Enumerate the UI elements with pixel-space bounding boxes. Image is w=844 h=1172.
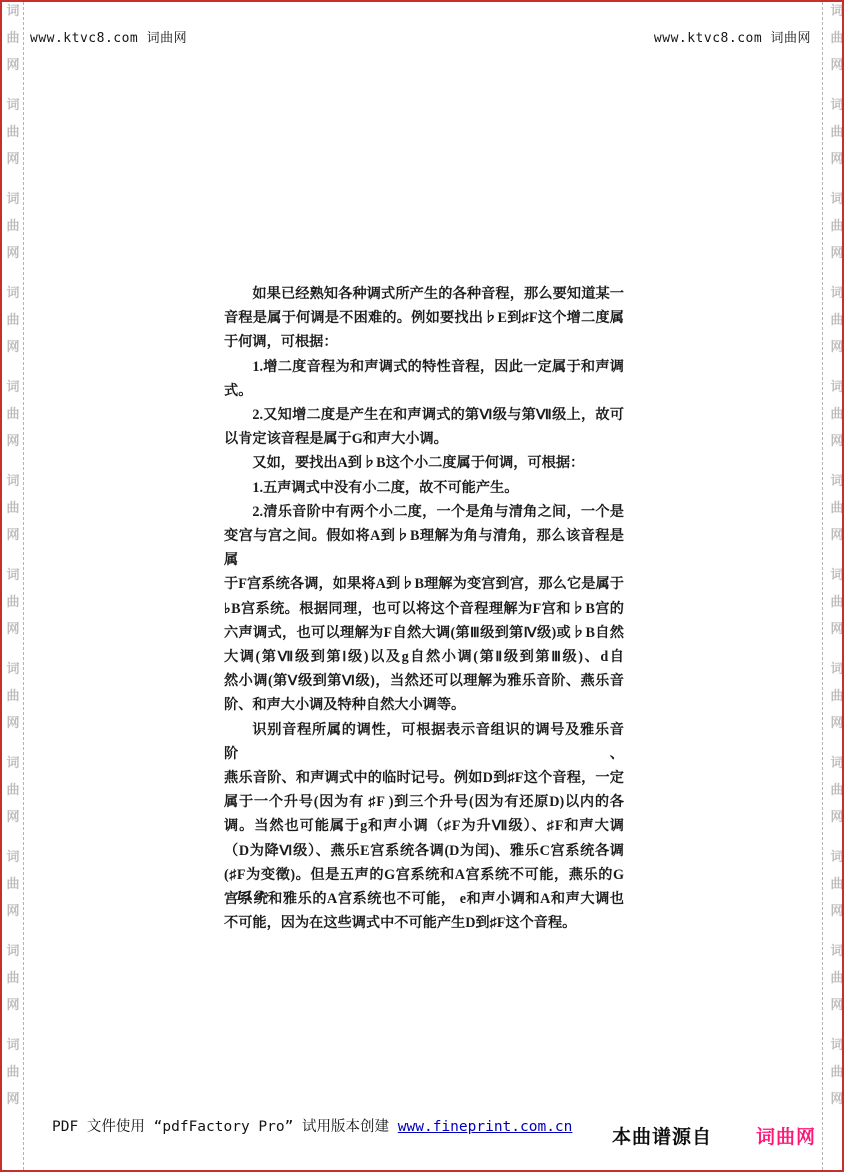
left-watermark-column: 词曲网词曲网词曲网词曲网词曲网词曲网词曲网词曲网词曲网词曲网词曲网词曲网: [5, 4, 21, 1132]
watermark-char: 词: [6, 98, 19, 112]
watermark-char: 曲: [830, 689, 843, 703]
text-line: 音程是属于何调是不困难的。例如要找出♭E到♯F这个增二度属: [224, 306, 624, 330]
watermark-char: 网: [6, 810, 19, 824]
watermark-char: 曲: [830, 125, 843, 139]
watermark-char: 网: [6, 246, 19, 260]
watermark-char: 网: [6, 340, 19, 354]
text-line: 2.又知增二度是产生在和声调式的第Ⅵ级与第Ⅶ级上，故可: [224, 403, 624, 427]
text-line: 以肯定该音程是属于G和声大小调。: [224, 427, 624, 451]
watermark-char: 曲: [6, 783, 19, 797]
watermark-char: 词: [830, 568, 843, 582]
watermark-char: 词: [830, 662, 843, 676]
watermark-char: 网: [830, 716, 843, 730]
watermark-char: 曲: [830, 313, 843, 327]
watermark-char: 词: [830, 944, 843, 958]
watermark-char: 曲: [6, 313, 19, 327]
text-line: （D为降Ⅵ级）、燕乐E宫系统各调(D为闰)、雅乐C宫系统各调: [224, 839, 624, 863]
watermark-char: 网: [6, 998, 19, 1012]
right-watermark-column: 词曲网词曲网词曲网词曲网词曲网词曲网词曲网词曲网词曲网词曲网词曲网词曲网: [829, 4, 844, 1132]
watermark-char: 词: [6, 850, 19, 864]
watermark-char: 曲: [830, 1065, 843, 1079]
watermark-char: 词: [830, 286, 843, 300]
watermark-char: 曲: [6, 125, 19, 139]
watermark-char: 网: [6, 1092, 19, 1106]
watermark-char: 网: [6, 58, 19, 72]
text-line: 2.清乐音阶中有两个小二度，一个是角与清角之间，一个是: [224, 500, 624, 524]
watermark-char: 网: [6, 152, 19, 166]
watermark-char: 词: [6, 756, 19, 770]
watermark-char: 词: [6, 568, 19, 582]
watermark-char: 曲: [6, 877, 19, 891]
watermark-char: 曲: [830, 31, 843, 45]
fineprint-link[interactable]: www.fineprint.com.cn: [398, 1119, 573, 1135]
watermark-char: 曲: [830, 783, 843, 797]
right-dashed-divider: [822, 2, 823, 1170]
watermark-char: 网: [830, 1092, 843, 1106]
watermark-char: 曲: [6, 1065, 19, 1079]
watermark-char: 曲: [6, 219, 19, 233]
watermark-char: 曲: [830, 971, 843, 985]
watermark-char: 网: [6, 528, 19, 542]
scanned-book-page: 词曲网词曲网词曲网词曲网词曲网词曲网词曲网词曲网词曲网词曲网词曲网词曲网 词曲网…: [0, 0, 844, 1172]
text-line: 六声调式，也可以理解为F自然大调(第Ⅲ级到第Ⅳ级)或♭B自然: [224, 621, 624, 645]
text-line: ♭B宫系统。根据同理，也可以将这个音程理解为F宫和♭B宫的: [224, 597, 624, 621]
body-text-block: 如果已经熟知各种调式所产生的各种音程，那么要知道某一音程是属于何调是不困难的。例…: [224, 282, 624, 935]
watermark-char: 网: [6, 716, 19, 730]
page-number: ·112·: [229, 888, 272, 905]
site-url-header-left: www.ktvc8.com 词曲网: [30, 27, 187, 46]
text-line: 于何调，可根据：: [224, 330, 624, 354]
brand-site-link[interactable]: 词曲网: [756, 1122, 816, 1149]
watermark-char: 词: [6, 380, 19, 394]
watermark-char: 词: [6, 1038, 19, 1052]
text-line: 属于一个升号(因为有 ♯F )到三个升号(因为有还原D)以内的各: [224, 790, 624, 814]
text-line: 然小调(第Ⅴ级到第Ⅵ级)，当然还可以理解为雅乐音阶、燕乐音: [224, 669, 624, 693]
watermark-char: 网: [830, 152, 843, 166]
text-line: 燕乐音阶、和声调式中的临时记号。例如D到♯F这个音程，一定: [224, 766, 624, 790]
text-line: 如果已经熟知各种调式所产生的各种音程，那么要知道某一: [224, 282, 624, 306]
watermark-char: 词: [830, 850, 843, 864]
watermark-char: 词: [830, 4, 843, 18]
watermark-char: 词: [830, 1038, 843, 1052]
text-line: 宫系统和雅乐的A宫系统也不可能， e和声小调和A和声大调也: [224, 887, 624, 911]
watermark-char: 网: [830, 622, 843, 636]
source-label: 本曲谱源自: [612, 1122, 712, 1149]
text-line: 式。: [224, 379, 624, 403]
pdf-notice-text: PDF 文件使用 “pdfFactory Pro” 试用版本创建: [52, 1119, 398, 1135]
text-line: 不可能，因为在这些调式中不可能产生D到♯F这个音程。: [224, 911, 624, 935]
watermark-char: 网: [830, 810, 843, 824]
text-line: 变宫与宫之间。假如将A到♭B理解为角与清角，那么该音程是属: [224, 524, 624, 572]
watermark-char: 词: [830, 474, 843, 488]
watermark-char: 词: [830, 756, 843, 770]
watermark-char: 网: [830, 434, 843, 448]
watermark-char: 网: [830, 528, 843, 542]
watermark-char: 网: [830, 340, 843, 354]
watermark-char: 词: [6, 662, 19, 676]
watermark-char: 曲: [6, 501, 19, 515]
watermark-char: 词: [6, 474, 19, 488]
watermark-char: 曲: [830, 219, 843, 233]
watermark-char: 网: [6, 434, 19, 448]
text-line: 又如，要找出A到♭B这个小二度属于何调，可根据：: [224, 451, 624, 475]
watermark-char: 词: [6, 192, 19, 206]
watermark-char: 曲: [6, 31, 19, 45]
watermark-char: 词: [830, 98, 843, 112]
watermark-char: 词: [6, 286, 19, 300]
text-line: 调。当然也可能属于g和声小调（♯F为升Ⅶ级）、♯F和声大调: [224, 814, 624, 838]
watermark-char: 网: [830, 904, 843, 918]
watermark-char: 网: [6, 904, 19, 918]
watermark-char: 曲: [6, 595, 19, 609]
watermark-char: 网: [830, 998, 843, 1012]
text-line: 阶、和声大小调及特种自然大小调等。: [224, 693, 624, 717]
text-line: (♯F为变徵)。但是五声的G宫系统和A宫系统不可能，燕乐的G: [224, 863, 624, 887]
pdf-factory-notice: PDF 文件使用 “pdfFactory Pro” 试用版本创建 www.fin…: [52, 1115, 572, 1136]
watermark-char: 网: [6, 622, 19, 636]
left-dashed-divider: [23, 2, 24, 1170]
site-url-header-right: www.ktvc8.com 词曲网: [654, 27, 811, 46]
watermark-char: 曲: [830, 407, 843, 421]
watermark-char: 词: [830, 192, 843, 206]
watermark-char: 词: [830, 380, 843, 394]
text-line: 1.增二度音程为和声调式的特性音程，因此一定属于和声调: [224, 355, 624, 379]
text-line: 识别音程所属的调性，可根据表示音组识的调号及雅乐音阶、: [224, 718, 624, 766]
watermark-char: 网: [830, 246, 843, 260]
watermark-char: 网: [830, 58, 843, 72]
text-line: 1.五声调式中没有小二度，故不可能产生。: [224, 476, 624, 500]
text-line: 于F宫系统各调，如果将A到♭B理解为变宫到宫，那么它是属于: [224, 572, 624, 596]
watermark-char: 曲: [6, 407, 19, 421]
text-line: 大调(第Ⅶ级到第Ⅰ级)以及g自然小调(第Ⅱ级到第Ⅲ级)、d自: [224, 645, 624, 669]
watermark-char: 词: [6, 4, 19, 18]
watermark-char: 曲: [6, 689, 19, 703]
watermark-char: 曲: [830, 501, 843, 515]
watermark-char: 词: [6, 944, 19, 958]
watermark-char: 曲: [6, 971, 19, 985]
watermark-char: 曲: [830, 595, 843, 609]
watermark-char: 曲: [830, 877, 843, 891]
